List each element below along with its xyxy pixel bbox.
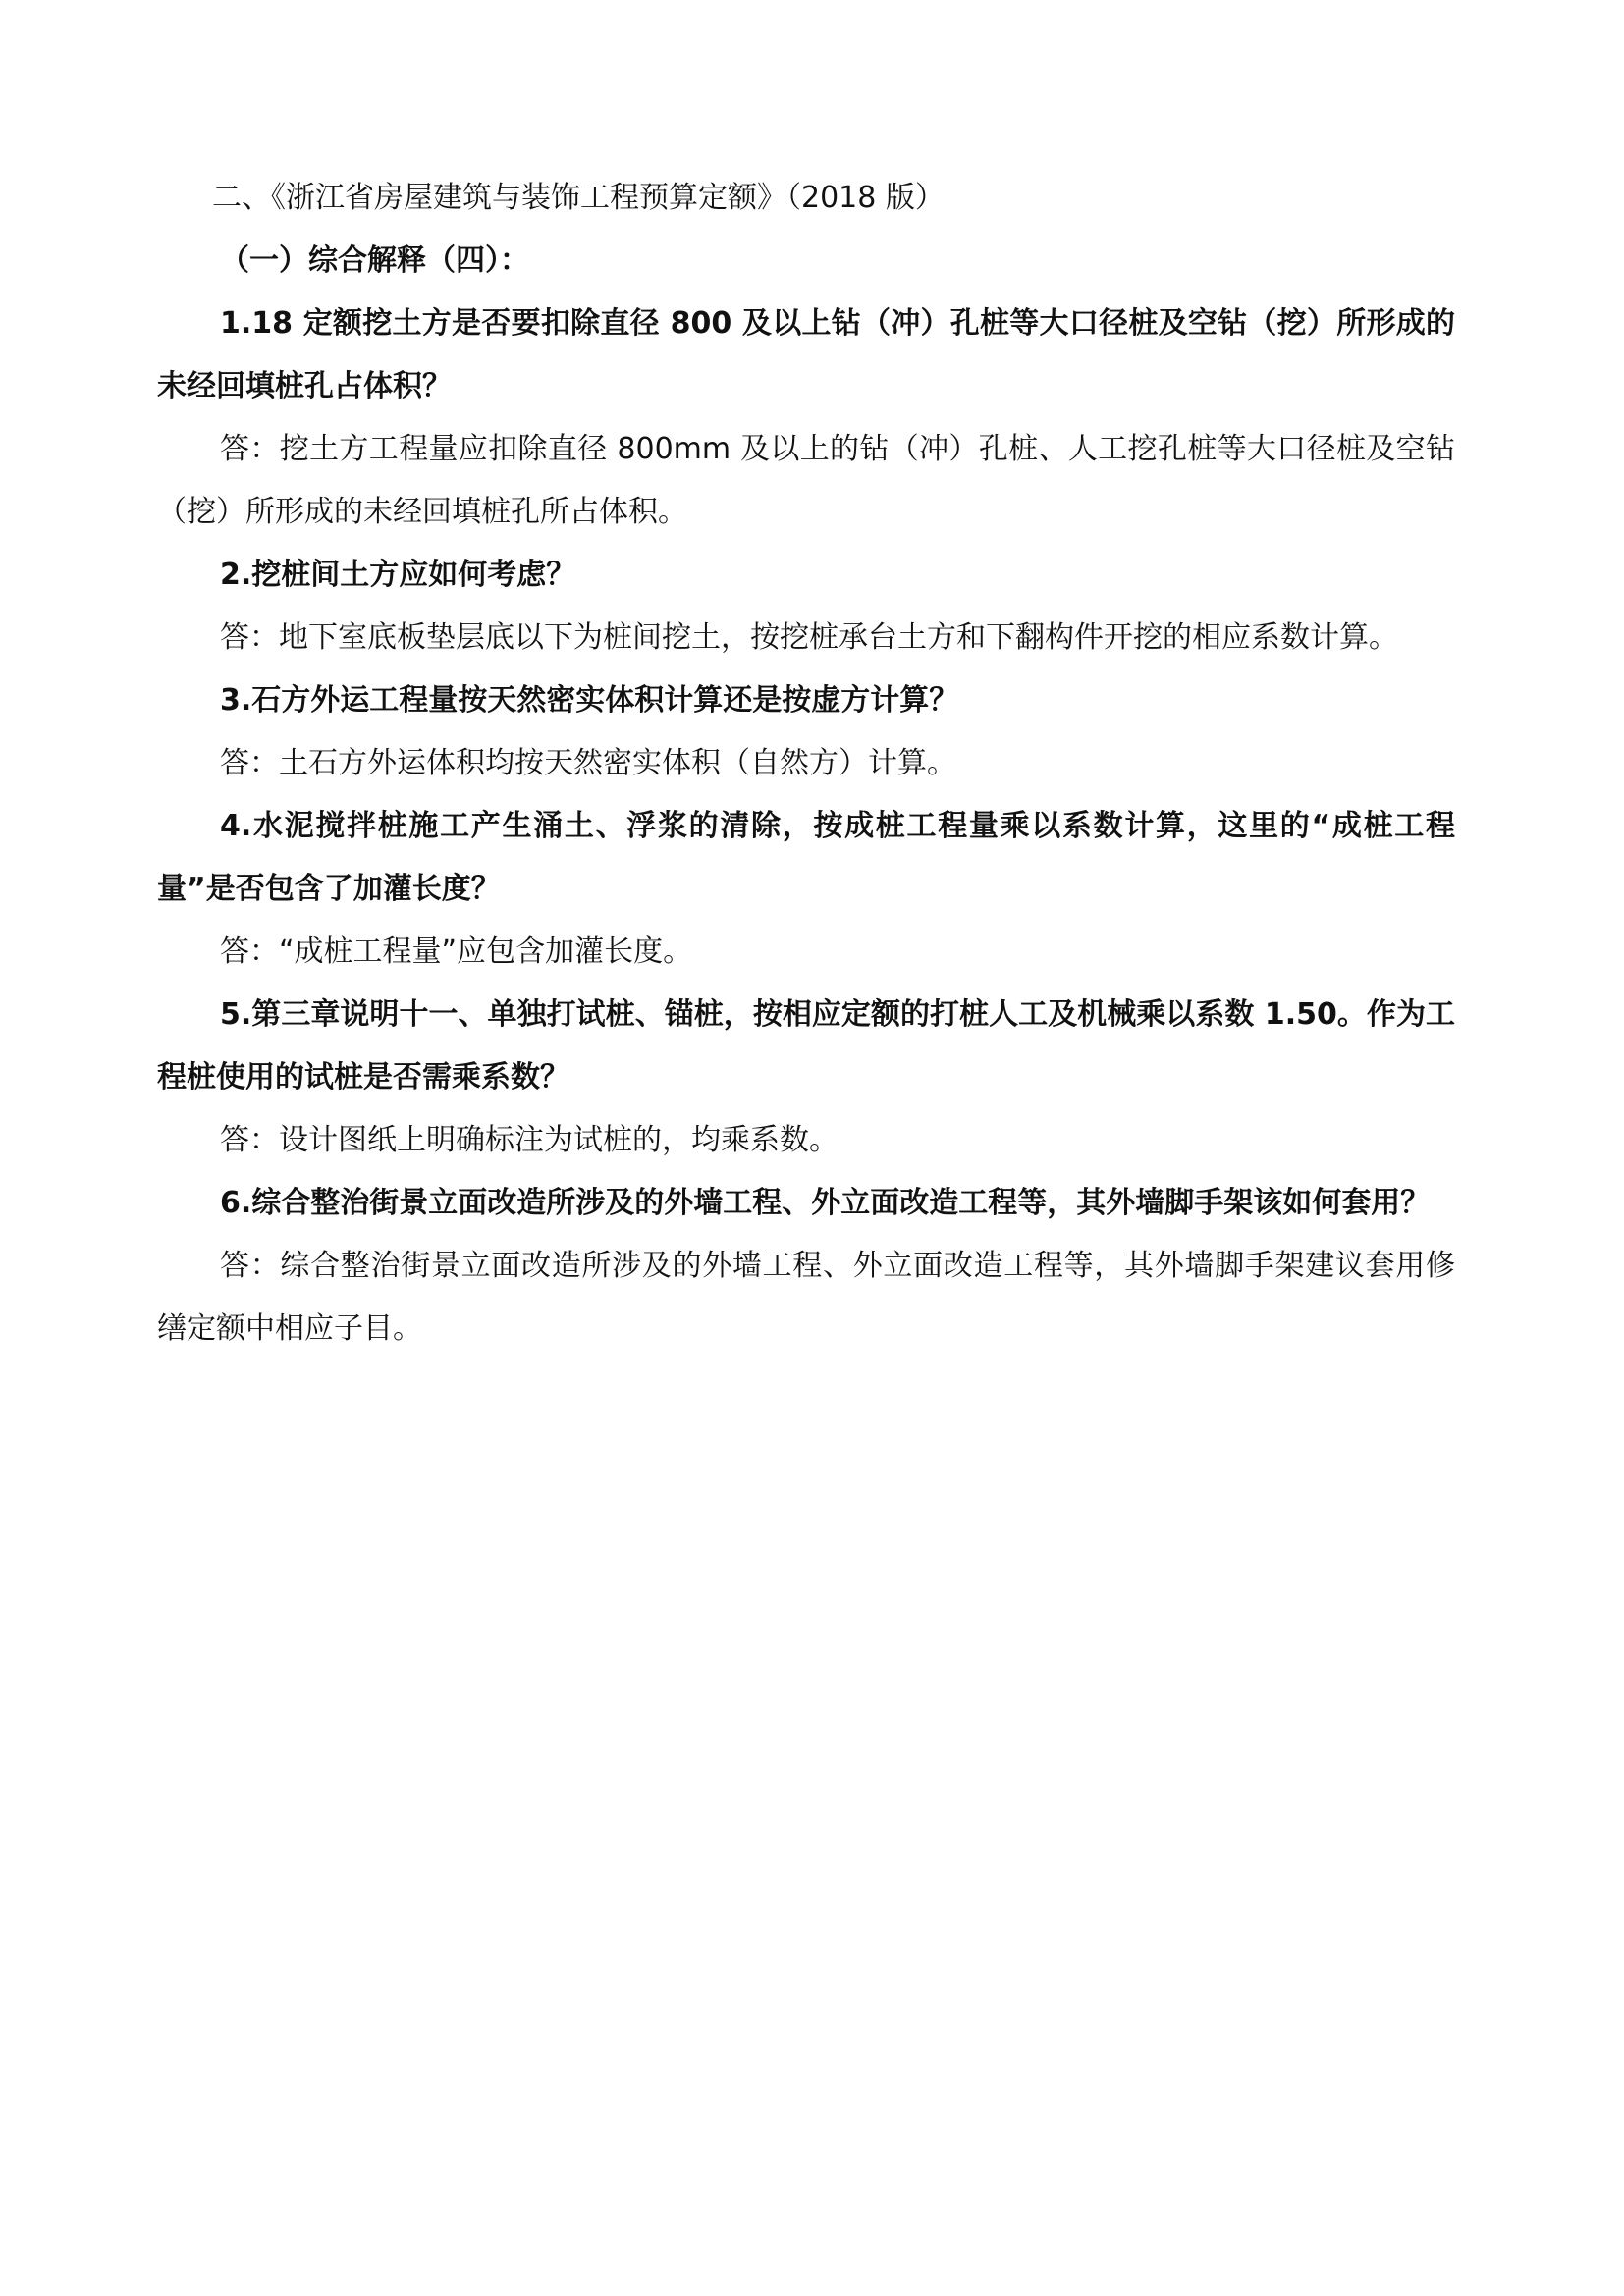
question-2: 2.挖桩间土方应如何考虑？ [157,544,1455,607]
answer-6: 答：综合整治街景立面改造所涉及的外墙工程、外立面改造工程等，其外墙脚手架建议套用… [157,1235,1455,1361]
question-1: 1.18 定额挖土方是否要扣除直径 800 及以上钻（冲）孔桩等大口径桩及空钻（… [157,293,1455,418]
answer-3: 答：土石方外运体积均按天然密实体积（自然方）计算。 [157,732,1455,795]
question-5: 5.第三章说明十一、单独打试桩、锚桩，按相应定额的打桩人工及机械乘以系数 1.5… [157,984,1455,1109]
answer-2: 答：地下室底板垫层底以下为桩间挖土，按挖桩承台土方和下翻构件开挖的相应系数计算。 [157,607,1455,669]
document-page: 二、《浙江省房屋建筑与装饰工程预算定额》（2018 版） （一）综合解释（四）：… [157,167,1455,1361]
question-4: 4.水泥搅拌桩施工产生涌土、浮浆的清除，按成桩工程量乘以系数计算，这里的“成桩工… [157,795,1455,921]
answer-4: 答：“成桩工程量”应包含加灌长度。 [157,921,1455,984]
answer-5: 答：设计图纸上明确标注为试桩的，均乘系数。 [157,1109,1455,1172]
document-title: 二、《浙江省房屋建筑与装饰工程预算定额》（2018 版） [157,167,1455,230]
answer-1: 答：挖土方工程量应扣除直径 800mm 及以上的钻（冲）孔桩、人工挖孔桩等大口径… [157,418,1455,544]
section-heading: （一）综合解释（四）： [157,230,1455,293]
question-3: 3.石方外运工程量按天然密实体积计算还是按虚方计算？ [157,669,1455,732]
question-6: 6.综合整治街景立面改造所涉及的外墙工程、外立面改造工程等，其外墙脚手架该如何套… [157,1172,1455,1235]
